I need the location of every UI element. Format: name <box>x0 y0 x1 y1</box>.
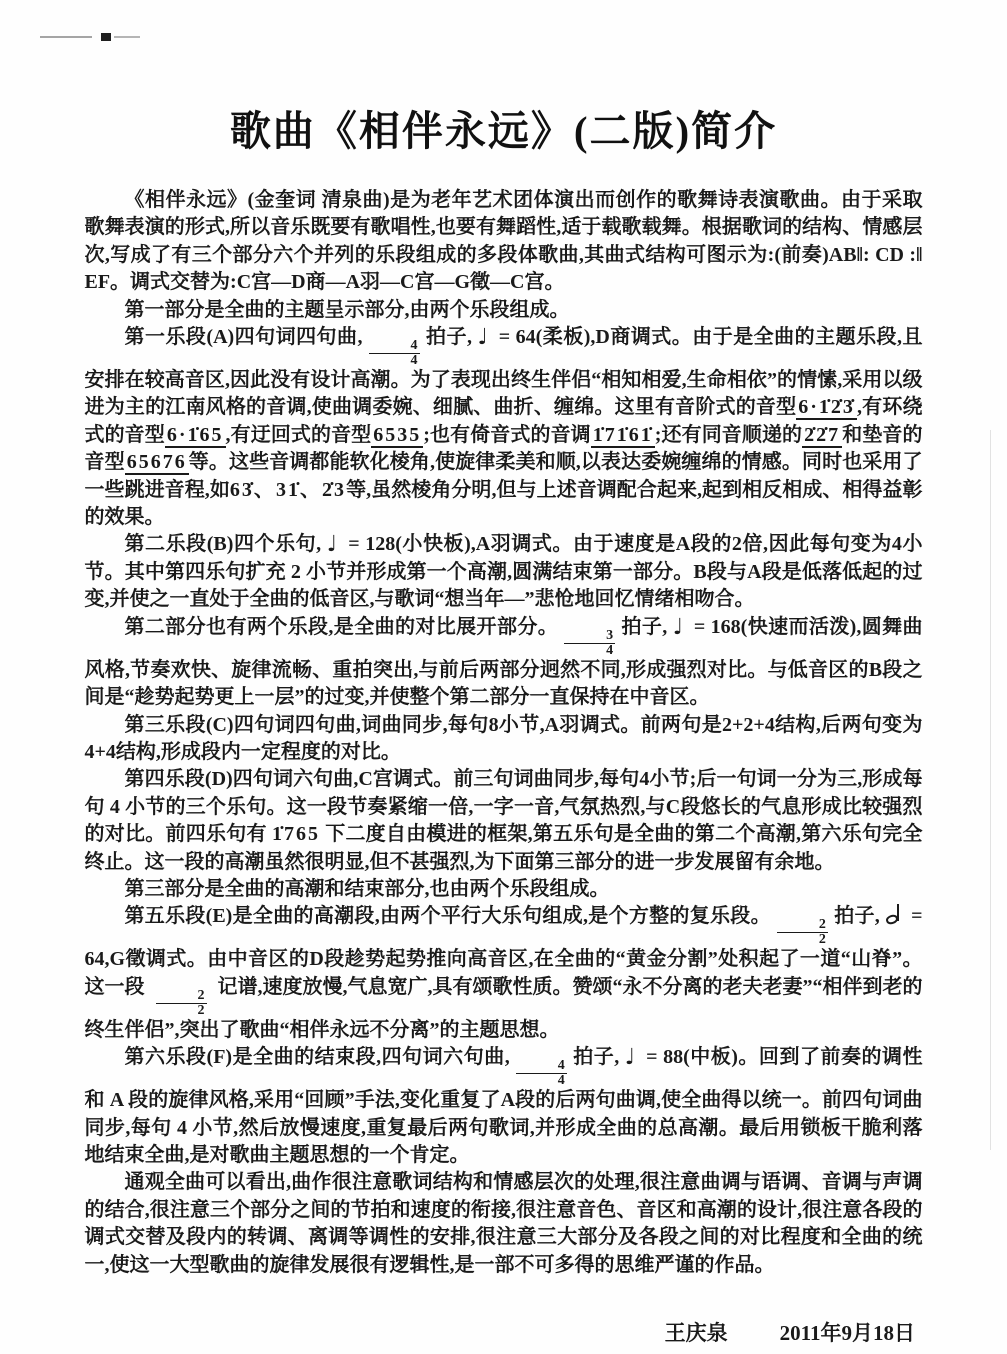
text-run: 通观全曲可以看出,曲作很注意歌词结构和情感层次的处理,很注意曲调与语调、音调与声… <box>85 1171 923 1275</box>
quarter-note-icon: ♩ <box>624 1045 635 1070</box>
half-note-icon <box>886 904 900 924</box>
jianpu-notation: 65676 <box>125 451 189 475</box>
part1-overview-paragraph: 第一部分是全曲的主题呈示部分,由两个乐段组成。 <box>85 297 923 324</box>
section-a-paragraph: 第一乐段(A)四句词四句曲,44拍子,♩ = 64(柔板),D商调式。由于是全曲… <box>85 324 923 531</box>
author-name: 王庆泉 <box>665 1321 728 1345</box>
part2-overview-paragraph: 第二部分也有两个乐段,是全曲的对比展开部分。34拍子,♩ = 168(快速而活泼… <box>85 614 923 712</box>
jianpu-notation: 2̇2̇7 <box>802 424 842 448</box>
text-run: 拍子, <box>834 905 880 927</box>
text-run: ,有迂回式的音型 <box>226 424 372 446</box>
signature: 王庆泉2011年9月18日 <box>0 1317 1007 1347</box>
scanned-document-page: 歌曲《相伴永远》(二版)简介 《相伴永远》(金奎词 清泉曲)是为老年艺术团体演出… <box>0 0 1007 1354</box>
intro-paragraph: 《相伴永远》(金奎词 清泉曲)是为老年艺术团体演出而创作的歌舞诗表演歌曲。由于采… <box>85 187 923 297</box>
text-run: 第三部分是全曲的高潮和结束部分,也由两个乐段组成。 <box>125 878 610 900</box>
jianpu-notation: 63̇、31̇、2̇3 <box>230 479 346 501</box>
section-b-paragraph: 第二乐段(B)四个乐句,♩ = 128(小快板),A羽调式。由于速度是A段的2倍… <box>85 531 923 613</box>
time-signature: 34 <box>564 630 615 657</box>
time-signature: 22 <box>156 990 207 1017</box>
scan-mark-dash <box>40 36 92 38</box>
text-run: ;还有同音顺递的 <box>655 424 802 446</box>
jianpu-notation: 6·1̇65 <box>165 424 226 448</box>
quarter-note-icon: ♩ <box>477 325 488 350</box>
text-run: ;也有倚音式的音调 <box>423 424 590 446</box>
time-signature: 44 <box>516 1060 567 1087</box>
text-run: 第六乐段(F)是全曲的结束段,四句词六句曲, <box>125 1046 510 1068</box>
text-run: 第五乐段(E)是全曲的高潮段,由两个平行大乐句组成,是个方整的复乐段。 <box>125 905 771 927</box>
scan-mark-line <box>114 36 140 38</box>
text-run: 第一乐段(A)四句词四句曲, <box>125 326 363 348</box>
section-e-paragraph: 第五乐段(E)是全曲的高潮段,由两个平行大乐句组成,是个方整的复乐段。22拍子,… <box>85 903 923 1044</box>
jianpu-notation: 6535 <box>371 424 423 448</box>
scan-mark-square <box>101 33 111 41</box>
time-signature: 22 <box>777 919 828 946</box>
jianpu-notation: 1̇71̇61̇ <box>591 424 655 448</box>
section-d-paragraph: 第四乐段(D)四句词六句曲,C宫调式。前三句词曲同步,每句4小节;后一句词一分为… <box>85 766 923 876</box>
quarter-note-icon: ♩ <box>672 615 683 640</box>
part3-overview-paragraph: 第三部分是全曲的高潮和结束部分,也由两个乐段组成。 <box>85 876 923 903</box>
signature-date: 2011年9月18日 <box>780 1321 915 1345</box>
text-run: 第二部分也有两个乐段,是全曲的对比展开部分。 <box>125 616 559 638</box>
text-run: 拍子, <box>426 326 472 348</box>
time-signature: 44 <box>369 340 420 367</box>
text-run: 记谱,速度放慢,气息宽广,具有颂歌性质。赞颂“永不分离的老夫老妻”“相伴到老的终… <box>85 976 923 1041</box>
conclusion-paragraph: 通观全曲可以看出,曲作很注意歌词结构和情感层次的处理,很注意曲调与语调、音调与声… <box>85 1169 923 1279</box>
text-run: 《相伴永远》(金奎词 清泉曲)是为老年艺术团体演出而创作的歌舞诗表演歌曲。由于采… <box>85 189 923 293</box>
page-title: 歌曲《相伴永远》(二版)简介 <box>0 0 1007 157</box>
text-run: 拍子, <box>621 616 667 638</box>
text-run: 第三乐段(C)四句词四句曲,词曲同步,每句8小节,A羽调式。前两句是2+2+4结… <box>85 714 923 763</box>
text-run: 第一部分是全曲的主题呈示部分,由两个乐段组成。 <box>125 299 570 321</box>
section-c-paragraph: 第三乐段(C)四句词四句曲,词曲同步,每句8小节,A羽调式。前两句是2+2+4结… <box>85 712 923 767</box>
document-body: 《相伴永远》(金奎词 清泉曲)是为老年艺术团体演出而创作的歌舞诗表演歌曲。由于采… <box>85 187 923 1279</box>
text-run: 第二乐段(B)四个乐句, <box>125 533 322 555</box>
scan-edge-line <box>990 430 991 1150</box>
jianpu-notation: 6·1̇2̇3̇ <box>796 396 857 420</box>
jianpu-notation: 1̇765 <box>272 823 320 845</box>
section-f-paragraph: 第六乐段(F)是全曲的结束段,四句词六句曲,44拍子,♩ = 88(中板)。回到… <box>85 1044 923 1169</box>
quarter-note-icon: ♩ <box>326 532 338 557</box>
text-run: 拍子, <box>573 1046 620 1068</box>
